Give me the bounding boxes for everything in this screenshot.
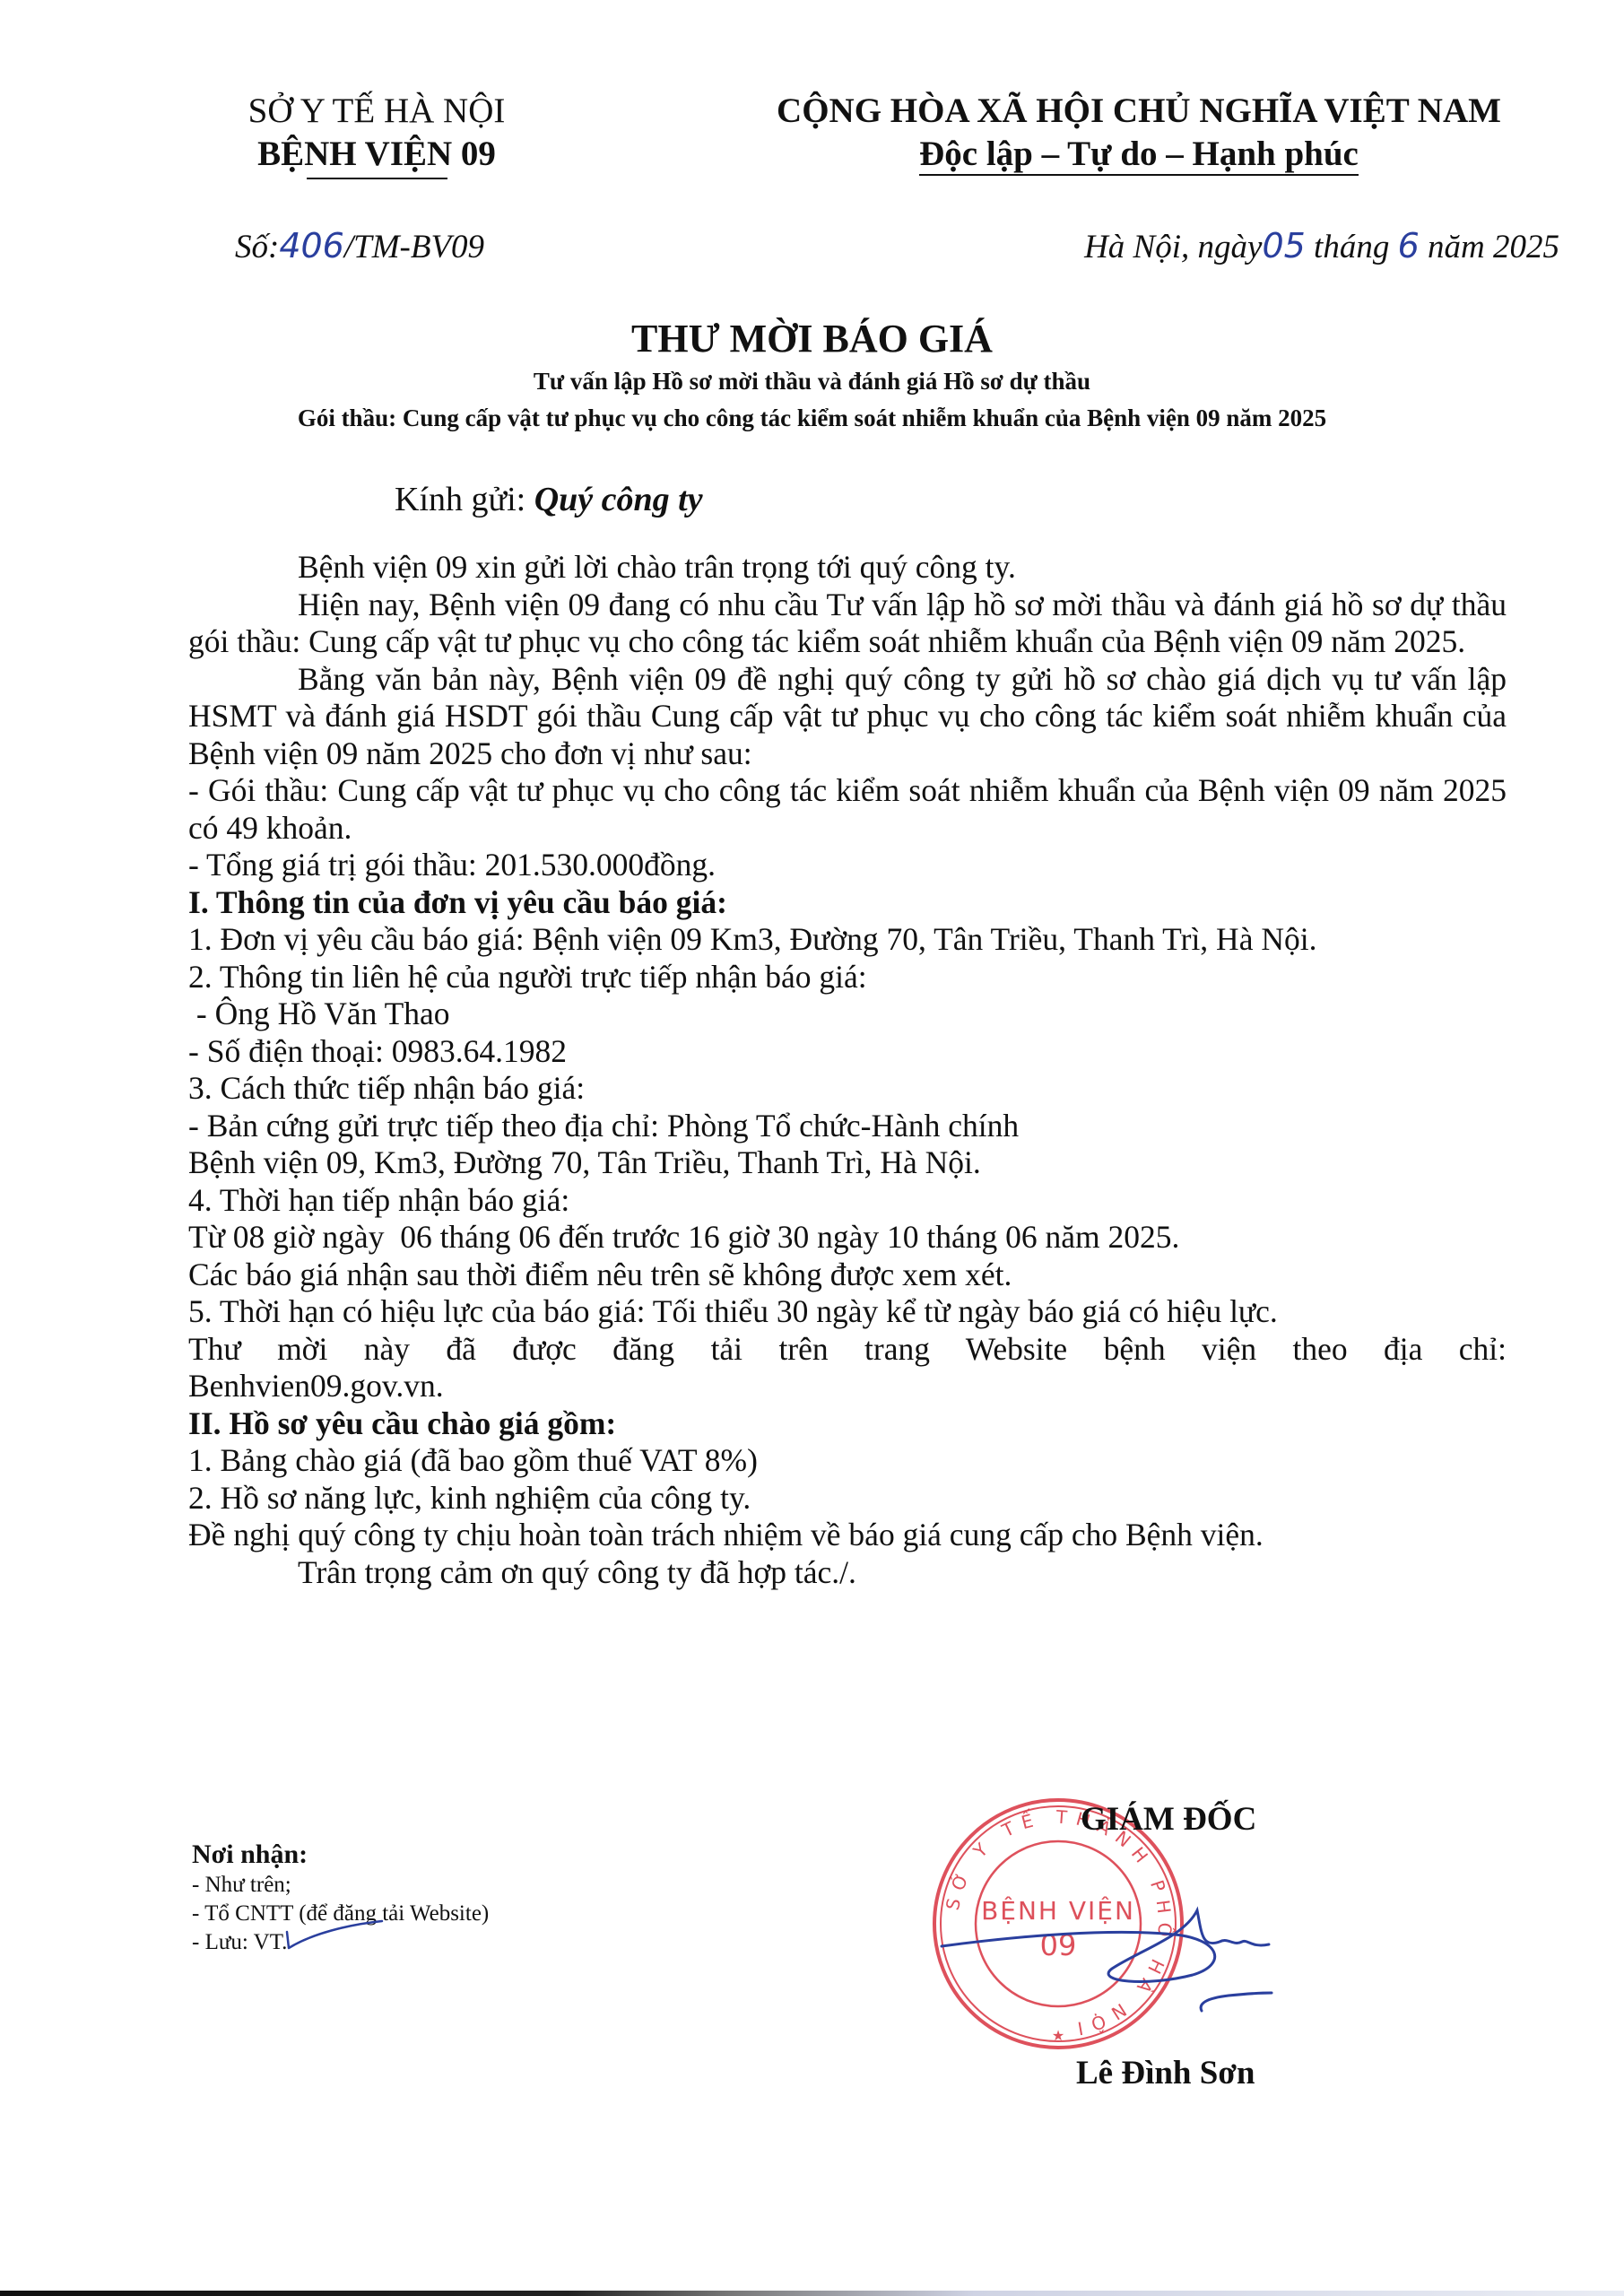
section-2-line: 2. Hồ sơ năng lực, kinh nghiệm của công … (188, 1480, 1507, 1518)
initial-check-mark (285, 1918, 384, 1953)
section-1-line: 1. Đơn vị yêu cầu báo giá: Bệnh viện 09 … (188, 921, 1507, 959)
document-subtitle: Tư vấn lập Hồ sơ mời thầu và đánh giá Hồ… (0, 368, 1624, 396)
unit-underline (307, 178, 447, 179)
paragraph-need: Hiện nay, Bệnh viện 09 đang có nhu cầu T… (188, 587, 1507, 661)
section-1-line: Bệnh viện 09, Km3, Đường 70, Tân Triều, … (188, 1144, 1507, 1182)
letter-body: Bệnh viện 09 xin gửi lời chào trân trọng… (188, 549, 1507, 1591)
section-1-line: Các báo giá nhận sau thời điểm nêu trên … (188, 1257, 1507, 1294)
document-date: Hà Nội, ngày05 tháng 6 năm 2025 (1084, 226, 1559, 266)
section-1-line: 4. Thời hạn tiếp nhận báo giá: (188, 1182, 1507, 1220)
organization-name: SỞ Y TẾ HÀ NỘI (193, 90, 560, 133)
section-2-line: 1. Bảng chào giá (đã bao gồm thuế VAT 8%… (188, 1442, 1507, 1480)
signatory-title: GIÁM ĐỐC (1081, 1800, 1256, 1839)
document-number-prefix: Số: (235, 229, 279, 265)
section-1-line: 5. Thời hạn có hiệu lực của báo giá: Tối… (188, 1293, 1507, 1331)
country-name: CỘNG HÒA XÃ HỘI CHỦ NGHĨA VIỆT NAM (682, 90, 1596, 133)
date-place: Hà Nội, ngày (1084, 229, 1262, 265)
package-line: - Gói thầu: Cung cấp vật tư phục vụ cho … (188, 772, 1507, 847)
contact-phone: - Số điện thoại: 0983.64.1982 (188, 1033, 1507, 1071)
section-2-heading: II. Hồ sơ yêu cầu chào giá gồm: (188, 1405, 1507, 1443)
national-header: CỘNG HÒA XÃ HỘI CHỦ NGHĨA VIỆT NAM Độc l… (682, 90, 1596, 176)
document-number-handwritten: 406 (279, 226, 344, 265)
website-link: Benhvien09.gov.vn. (188, 1368, 1507, 1405)
contact-name: - Ông Hồ Văn Thao (188, 996, 1507, 1033)
closing-request: Đề nghị quý công ty chịu hoàn toàn trách… (188, 1517, 1507, 1554)
signatory-name: Lê Đình Sơn (1076, 2054, 1255, 2092)
package-title: Gói thầu: Cung cấp vật tư phục vụ cho cô… (0, 404, 1624, 432)
section-1-line: 2. Thông tin liên hệ của người trực tiếp… (188, 959, 1507, 996)
section-1-heading: I. Thông tin của đơn vị yêu cầu báo giá: (188, 884, 1507, 922)
document-number-suffix: /TM-BV09 (344, 229, 484, 265)
issuing-authority: SỞ Y TẾ HÀ NỘI BỆNH VIỆN 09 (193, 90, 560, 179)
national-motto: Độc lập – Tự do – Hạnh phúc (919, 135, 1359, 176)
recipient-item: - Như trên; (192, 1871, 489, 1900)
date-year: năm 2025 (1428, 229, 1559, 265)
document-title: THƯ MỜI BÁO GIÁ (0, 316, 1624, 361)
total-value: - Tổng giá trị gói thầu: 201.530.000đồng… (188, 847, 1507, 884)
deadline-line: Từ 08 giờ ngày 06 tháng 06 đến trước 16 … (188, 1219, 1507, 1257)
website-line: Thư mời này đã được đăng tải trên trang … (188, 1331, 1507, 1369)
document-number: Số:406/TM-BV09 (235, 226, 484, 266)
greeting-recipient: Quý công ty (534, 481, 703, 518)
date-month-label: tháng (1314, 229, 1389, 265)
scan-edge-shadow (0, 2291, 1624, 2296)
handwritten-signature (933, 1892, 1273, 2018)
closing-thanks: Trân trọng cảm ơn quý công ty đã hợp tác… (188, 1554, 1507, 1592)
date-day-handwritten: 05 (1262, 226, 1305, 265)
paragraph-intro: Bệnh viện 09 xin gửi lời chào trân trọng… (188, 549, 1507, 587)
section-1-line: 3. Cách thức tiếp nhận báo giá: (188, 1070, 1507, 1108)
paragraph-request: Bằng văn bản này, Bệnh viện 09 đề nghị q… (188, 661, 1507, 773)
recipients-heading: Nơi nhận: (192, 1839, 489, 1871)
section-1-line: - Bản cứng gửi trực tiếp theo địa chỉ: P… (188, 1108, 1507, 1145)
unit-name: BỆNH VIỆN 09 (257, 133, 496, 176)
greeting-label: Kính gửi: (395, 481, 525, 518)
date-month-handwritten: 6 (1398, 226, 1420, 265)
svg-text:★: ★ (1052, 2029, 1064, 2044)
greeting: Kính gửi: Quý công ty (395, 480, 703, 519)
